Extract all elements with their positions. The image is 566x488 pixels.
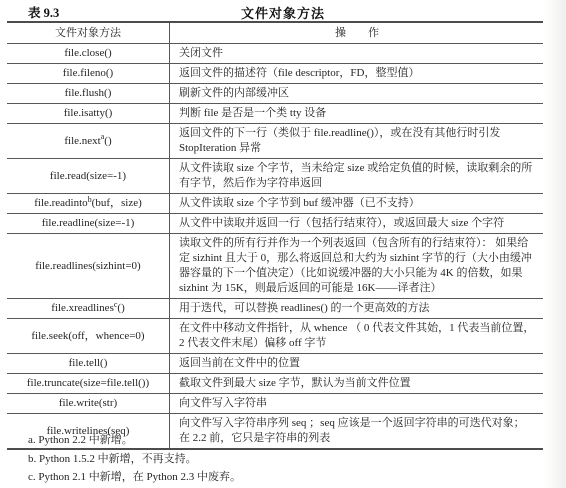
description-cell: 从文件中读取并返回一行（包括行结束符），或返回最大 size 个字符 [170,214,543,233]
footnote-b: b. Python 1.5.2 中新增，不再支持。 [28,450,241,469]
method-name: file.isatty() [64,106,113,121]
description-cell: 从文件读取 size 个字节到 buf 缓冲器（已不支持） [170,194,543,213]
method-name: file.next [64,134,100,149]
method-cell: file.seek(off，whence=0) [7,319,170,353]
method-name: file.readline(size=-1) [42,216,135,231]
method-name: file.read(size=-1) [50,169,126,184]
table-row-xreadlines: file.xreadlinesc() 用于迭代，可以替换 readlines()… [7,299,543,319]
footnote-c: c. Python 2.1 中新增，在 Python 2.3 中废弃。 [28,468,241,487]
table-title: 文件对象方法 [0,3,566,22]
table-row-seek: file.seek(off，whence=0) 在文件中移动文件指针，从 whe… [7,319,543,354]
table-footnotes: a. Python 2.2 中新增。 b. Python 1.5.2 中新增，不… [28,431,241,487]
description-cell: 关闭文件 [170,44,543,63]
description-cell: 返回当前在文件中的位置 [170,354,543,373]
table-row-fileno: file.fileno() 返回文件的描述符（file descriptor，F… [7,64,543,84]
table-row-tell: file.tell() 返回当前在文件中的位置 [7,354,543,374]
table-row-truncate: file.truncate(size=file.tell()) 截取文件到最大 … [7,374,543,394]
method-cell: file.close() [7,44,170,63]
method-name: file.xreadlines [51,301,114,316]
table-row-isatty: file.isatty() 判断 file 是否是一个类 tty 设备 [7,104,543,124]
table-row-close: file.close() 关闭文件 [7,44,543,64]
table-row-next: file.nexta() 返回文件的下一行（类似于 file.readline(… [7,124,543,159]
method-name: file.readinto [34,196,87,211]
method-cell: file.xreadlinesc() [7,299,170,318]
description-cell: 判断 file 是否是一个类 tty 设备 [170,104,543,123]
footnote-marker: b [88,196,92,204]
method-cell: file.truncate(size=file.tell()) [7,374,170,393]
description-cell: 刷新文件的内部缓冲区 [170,84,543,103]
method-cell: file.tell() [7,354,170,373]
method-name: file.write(str) [59,396,117,411]
method-name: file.seek(off，whence=0) [31,329,144,344]
table-row-flush: file.flush() 刷新文件的内部缓冲区 [7,84,543,104]
description-cell: 返回文件的描述符（file descriptor，FD，整型值） [170,64,543,83]
method-args: () [117,301,124,316]
description-cell: 向文件写入字符串 [170,394,543,413]
method-cell: file.readlines(sizhint=0) [7,234,170,298]
method-cell: file.read(size=-1) [7,159,170,193]
description-cell: 读取文件的所有行并作为一个列表返回（包含所有的行结束符）： 如果给定 sizhi… [170,234,543,298]
description-cell: 返回文件的下一行（类似于 file.readline()），或在没有其他行时引发… [170,124,543,158]
method-args: (buf，size) [92,196,142,211]
table-row-write: file.write(str) 向文件写入字符串 [7,394,543,414]
footnote-marker: a [101,133,105,141]
method-name: file.tell() [69,356,108,371]
method-name: file.close() [64,46,111,61]
document-page: 表 9.3 文件对象方法 文件对象方法 操 作 file.close() 关闭文… [0,0,566,488]
table-row-readlines: file.readlines(sizhint=0) 读取文件的所有行并作为一个列… [7,234,543,299]
footnote-a: a. Python 2.2 中新增。 [28,431,241,450]
table-header-row: 文件对象方法 操 作 [7,23,543,44]
description-cell: 截取文件到最大 size 字节，默认为当前文件位置 [170,374,543,393]
table-row-readline: file.readline(size=-1) 从文件中读取并返回一行（包括行结束… [7,214,543,234]
method-cell: file.nexta() [7,124,170,158]
method-name: file.readlines(sizhint=0) [35,259,140,274]
method-name: file.truncate(size=file.tell()) [27,376,149,391]
col-header-operation: 操 作 [170,23,543,43]
description-cell: 在文件中移动文件指针，从 whence （ 0 代表文件其始，1 代表当前位置，… [170,319,543,353]
method-name: file.flush() [65,86,112,101]
method-cell: file.readintob(buf，size) [7,194,170,213]
method-name: file.fileno() [63,66,113,81]
method-cell: file.flush() [7,84,170,103]
table-caption: 表 9.3 文件对象方法 [0,0,566,20]
description-cell: 从文件读取 size 个字节，当未给定 size 或给定负值的时候，读取剩余的所… [170,159,543,193]
footnote-marker: c [114,301,118,309]
method-cell: file.isatty() [7,104,170,123]
method-cell: file.fileno() [7,64,170,83]
method-args: () [104,134,111,149]
description-cell: 用于迭代，可以替换 readlines() 的一个更高效的方法 [170,299,543,318]
table-row-readinto: file.readintob(buf，size) 从文件读取 size 个字节到… [7,194,543,214]
method-cell: file.write(str) [7,394,170,413]
method-cell: file.readline(size=-1) [7,214,170,233]
table-number: 表 9.3 [28,3,59,21]
table-row-read: file.read(size=-1) 从文件读取 size 个字节，当未给定 s… [7,159,543,194]
file-object-methods-table: 文件对象方法 操 作 file.close() 关闭文件 file.fileno… [7,21,543,450]
col-header-method: 文件对象方法 [7,23,170,43]
